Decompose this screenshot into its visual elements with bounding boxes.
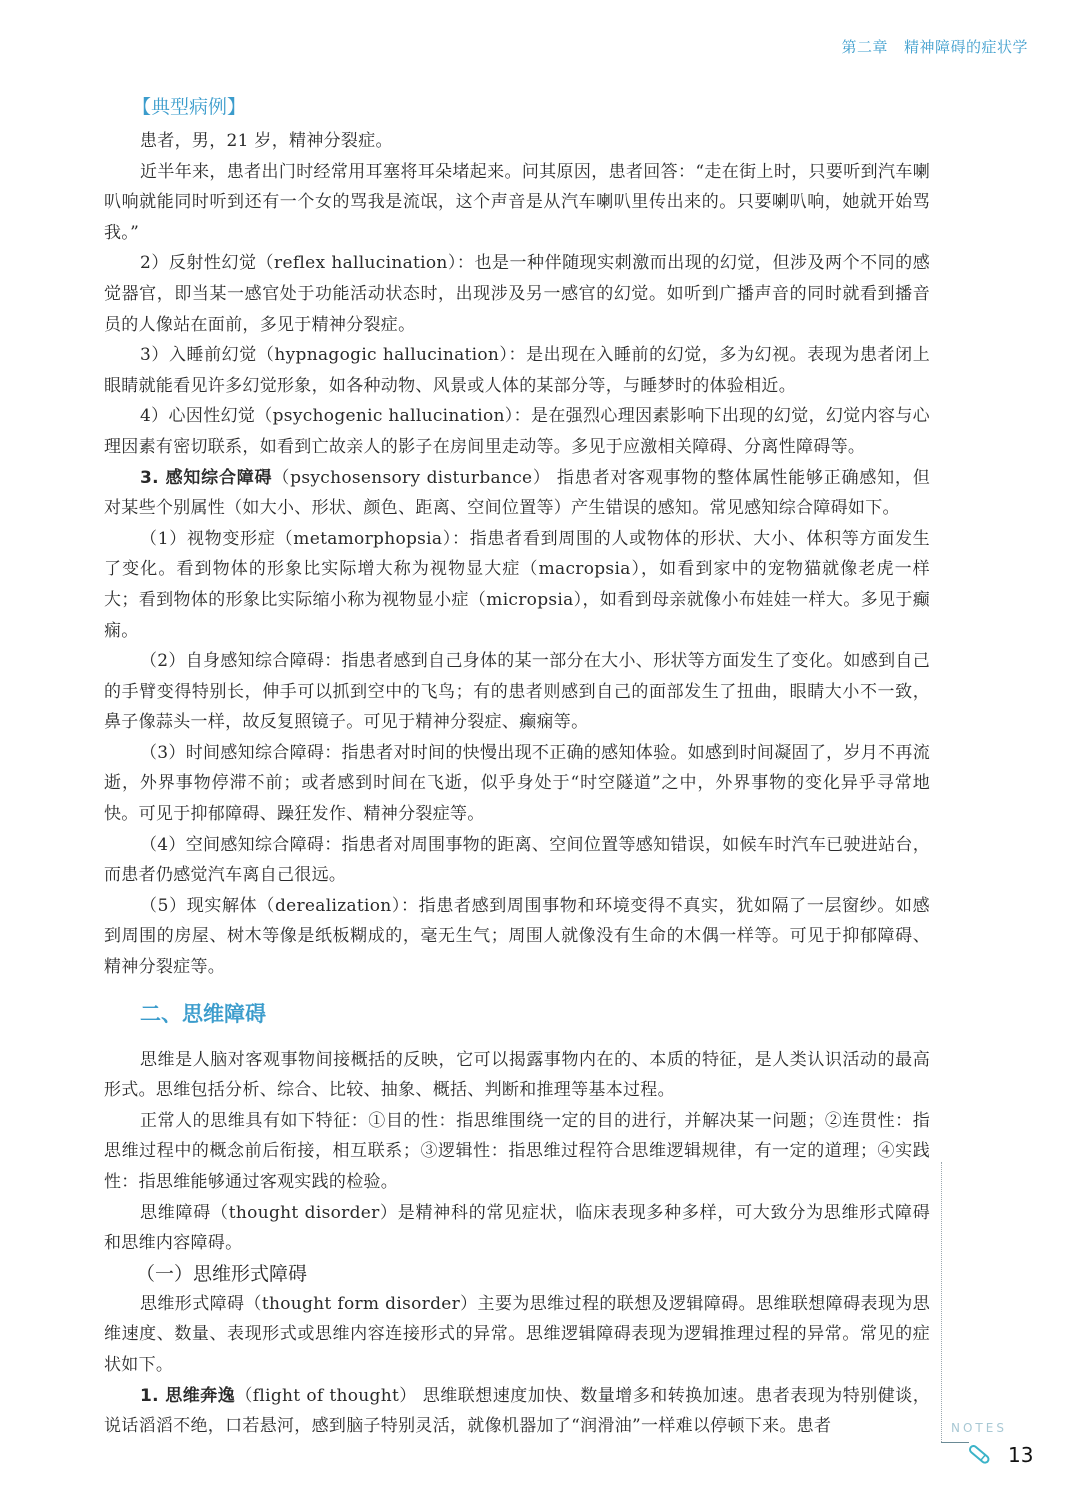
hallucination-item: 4）心因性幻觉（psychogenic hallucination）：是在强烈心… [104,401,930,462]
psychosensory-item: （4）空间感知综合障碍：指患者对周围事物的距离、空间位置等感知错误，如候车时汽车… [104,830,930,891]
flight-lead: 1. 思维奔逸 [140,1386,235,1406]
psychosensory-item: （2）自身感知综合障碍：指患者感到自己身体的某一部分在大小、形状等方面发生了变化… [104,646,930,738]
case-paragraph: 近半年来，患者出门时经常用耳塞将耳朵堵起来。问其原因，患者回答：“走在街上时，只… [104,157,930,249]
page-number: 13 [1008,1443,1033,1467]
psychosensory-item: （1）视物变形症（metamorphopsia）：指患者看到周围的人或物体的形状… [104,524,930,646]
hallucination-item: 3）入睡前幻觉（hypnagogic hallucination）：是出现在入睡… [104,340,930,401]
subheading-thought-form: （一）思维形式障碍 [136,1259,930,1289]
pencil-icon [966,1443,994,1467]
page-body: 【典型病例】 患者，男，21 岁，精神分裂症。 近半年来，患者出门时经常用耳塞将… [104,92,930,1442]
section-heading-thinking: 二、思维障碍 [140,997,930,1031]
notes-margin-rule [941,1162,942,1442]
psychosensory-item: （5）现实解体（derealization）：指患者感到周围事物和环境变得不真实… [104,891,930,983]
case-box-title: 【典型病例】 [132,92,930,122]
thinking-paragraph: 思维是人脑对客观事物间接概括的反映，它可以揭露事物内在的、本质的特征，是人类认识… [104,1045,930,1106]
hallucination-item: 2）反射性幻觉（reflex hallucination）：也是一种伴随现实刺激… [104,248,930,340]
thinking-paragraph: 正常人的思维具有如下特征：①目的性：指思维围绕一定的目的进行，并解决某一问题；②… [104,1106,930,1198]
case-paragraph: 患者，男，21 岁，精神分裂症。 [104,126,930,157]
chapter-number: 第二章 [841,38,888,56]
flight-of-thought-paragraph: 1. 思维奔逸（flight of thought） 思维联想速度加快、数量增多… [104,1381,930,1442]
chapter-title: 精神障碍的症状学 [904,38,1028,56]
thought-form-paragraph: 思维形式障碍（thought form disorder）主要为思维过程的联想及… [104,1289,930,1381]
psychosensory-lead: 3. 感知综合障碍 [140,468,272,488]
psychosensory-item: （3）时间感知综合障碍：指患者对时间的快慢出现不正确的感知体验。如感到时间凝固了… [104,738,930,830]
running-header: 第二章精神障碍的症状学 [841,36,1028,57]
notes-label: NOTES [951,1421,1007,1435]
notes-underline [941,1442,969,1443]
psychosensory-paragraph: 3. 感知综合障碍（psychosensory disturbance） 指患者… [104,463,930,524]
thinking-paragraph: 思维障碍（thought disorder）是精神科的常见症状，临床表现多种多样… [104,1198,930,1259]
